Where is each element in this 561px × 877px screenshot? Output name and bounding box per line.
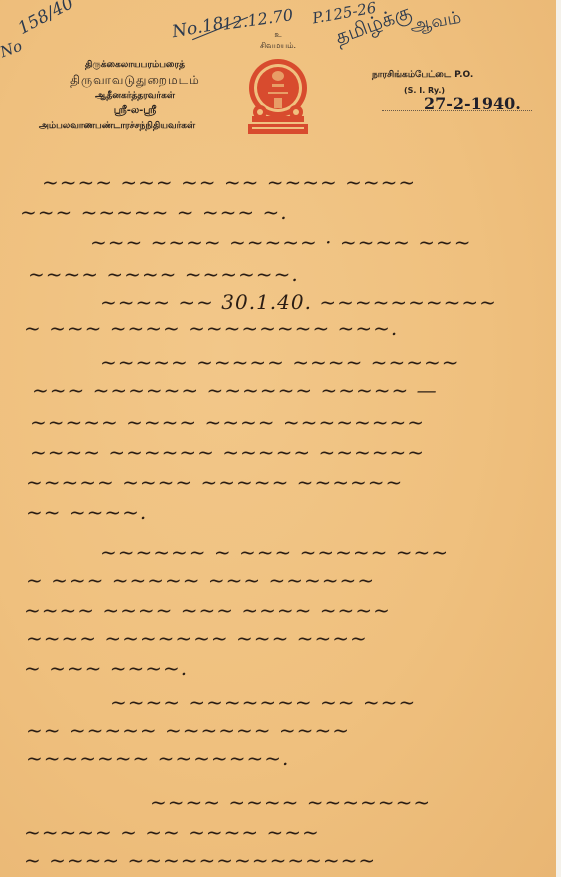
letter-page: No 158/40 No.18 12.12.70 P.125-26 தமிழ்க… bbox=[0, 0, 556, 877]
letterhead-line-3: ஆதீனகர்த்தரவர்கள் bbox=[42, 91, 228, 102]
body-line: ~~~~ ~~~~~~~ ~~~ ~~~~ bbox=[26, 626, 556, 650]
annotation-tamil-2: ஆவம் bbox=[408, 8, 462, 39]
body-line: ~~~~ ~~ 30.1.40. ~~~~~~~~~~ bbox=[100, 290, 550, 314]
letterhead-center-top: உ bbox=[260, 30, 296, 40]
body-line: ~~~~ ~~~~~~~ ~~ ~~~ bbox=[110, 690, 555, 714]
body-line: ~ ~~~~ ~~~~~~~~~~~~~~ bbox=[24, 848, 554, 872]
body-line: ~~~~ ~~~ ~~ ~~ ~~~~ ~~~~ bbox=[42, 170, 542, 194]
body-line: ~~~~~~ ~ ~~~ ~~~~~ ~~~ bbox=[100, 540, 550, 564]
body-line: ~~~~~ ~~~~ ~~~~~ ~~~~~~ bbox=[26, 470, 551, 494]
body-line: ~~~~ ~~~~ ~~~~~~. bbox=[28, 262, 368, 286]
body-line: ~~~ ~~~~ ~~~~~ · ~~~~ ~~~ bbox=[90, 230, 550, 254]
body-line: ~~~~~~~ ~~~~~~~. bbox=[26, 746, 466, 770]
letterhead-line-2: திருவாவடுதுறைமடம் bbox=[22, 73, 248, 89]
body-line: ~~~~~ ~ ~~ ~~~~ ~~~ bbox=[24, 820, 554, 844]
annotation-no-left: No bbox=[0, 37, 25, 61]
letterhead-motto: சிவமயம். bbox=[240, 41, 316, 51]
letter-date: 27-2-1940. bbox=[424, 94, 521, 113]
body-line: ~~ ~~~~~ ~~~~~~ ~~~~ bbox=[26, 718, 556, 742]
letterhead-line-4: ஸ்ரீ-ல-ஸ்ரீ bbox=[42, 105, 228, 117]
body-line: ~~~~ ~~~~ ~~~ ~~~~ ~~~~ bbox=[24, 598, 554, 622]
letterhead-place: நாரசிங்கம்பேட்டை P.O. bbox=[372, 70, 528, 81]
body-line: ~ ~~~ ~~~~~ ~~~ ~~~~~~ bbox=[26, 568, 556, 592]
letterhead-line-5: அம்பலவாணபண்டாரச்சந்நிதியவர்கள் bbox=[4, 121, 230, 132]
body-line: ~ ~~~ ~~~~ ~~~~~~~~ ~~~. bbox=[24, 316, 454, 340]
body-line: ~ ~~~ ~~~~. bbox=[24, 656, 194, 680]
letterhead-line-1: திருக்கைலாயபரம்பரைத் bbox=[42, 60, 228, 71]
body-line: ~~~~~ ~~~~ ~~~~ ~~~~~~~~ bbox=[30, 410, 555, 434]
annotation-fraction: 158/40 bbox=[15, 0, 77, 39]
monastery-emblem-icon bbox=[246, 54, 310, 138]
scan-edge bbox=[556, 0, 561, 877]
body-line: ~~~~ ~~~~ ~~~~~~~ bbox=[150, 790, 555, 814]
body-line: ~~~~ ~~~~~~ ~~~~~ ~~~~~~ bbox=[30, 440, 555, 464]
body-line: ~~ ~~~~. bbox=[26, 500, 176, 524]
body-line: ~~~~~ ~~~~~ ~~~~ ~~~~~ bbox=[100, 350, 550, 374]
body-line: ~~~ ~~~~~~ ~~~~~~ ~~~~~ — bbox=[32, 378, 552, 402]
body-line: ~~~ ~~~~~ ~ ~~~ ~. bbox=[20, 200, 320, 224]
